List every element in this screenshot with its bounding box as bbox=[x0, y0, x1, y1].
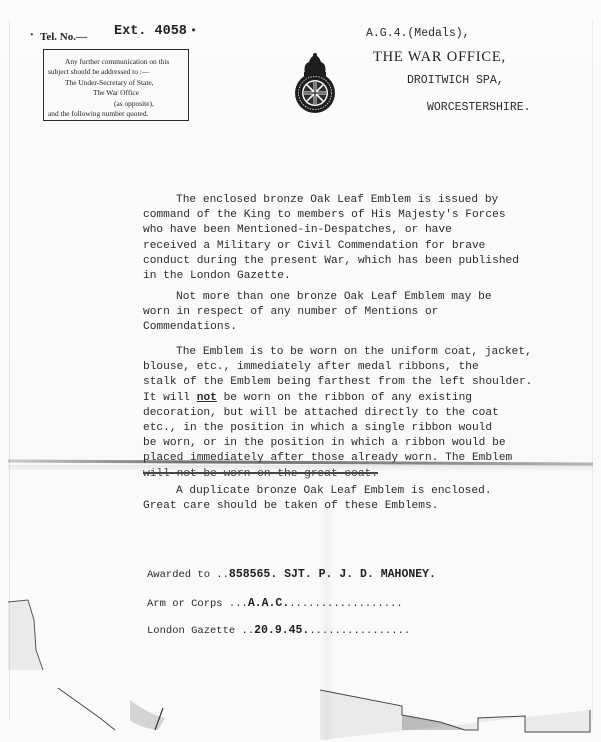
text-line: The Emblem is to be worn on the uniform … bbox=[143, 345, 583, 360]
text-line: Not more than one bronze Oak Leaf Emblem… bbox=[143, 290, 583, 305]
notice-line: Any further communication on this bbox=[48, 57, 185, 67]
awarded-to-field: Awarded to ..858565. SJT. P. J. D. MAHON… bbox=[147, 568, 436, 581]
text-line: Commendations. bbox=[143, 320, 583, 335]
office-county: WORCESTERSHIRE. bbox=[427, 101, 531, 114]
text-line: stalk of the Emblem being farthest from … bbox=[143, 375, 583, 390]
text-line: worn in respect of any number of Mention… bbox=[143, 305, 583, 320]
office-name: THE WAR OFFICE, bbox=[373, 49, 506, 66]
crown-badge-icon bbox=[291, 52, 339, 116]
text-line: decoration, but will be attached directl… bbox=[143, 406, 583, 421]
paragraph-issue: The enclosed bronze Oak Leaf Emblem is i… bbox=[143, 193, 583, 284]
department-reference: A.G.4.(Medals), bbox=[366, 27, 470, 40]
text-line: blouse, etc., immediately after medal ri… bbox=[143, 360, 583, 375]
text-line: The enclosed bronze Oak Leaf Emblem is i… bbox=[143, 193, 583, 208]
awarded-to-value: 858565. SJT. P. J. D. MAHONEY. bbox=[229, 568, 436, 581]
text-line: It will not be worn on the ribbon of any… bbox=[143, 391, 583, 406]
emphasis-not: not bbox=[197, 392, 217, 404]
text-line: in the London Gazette. bbox=[143, 269, 583, 284]
text-line: A duplicate bronze Oak Leaf Emblem is en… bbox=[143, 484, 583, 499]
text-line: who have been Mentioned-in-Despatches, o… bbox=[143, 223, 583, 238]
margin-dot: • bbox=[30, 30, 34, 41]
notice-line: The Under-Secretary of State, bbox=[48, 78, 185, 88]
fold-shadow bbox=[8, 465, 593, 471]
text-line: command of the King to members of His Ma… bbox=[143, 208, 583, 223]
text-line: etc., in the position in which a single … bbox=[143, 421, 583, 436]
text-line: conduct during the present War, which ha… bbox=[143, 254, 583, 269]
margin-dot: • bbox=[190, 24, 197, 38]
text-line: received a Military or Civil Commendatio… bbox=[143, 239, 583, 254]
text-line: Great care should be taken of these Embl… bbox=[143, 499, 583, 514]
notice-line: and the following number quoted. bbox=[48, 109, 185, 119]
paragraph-limit: Not more than one bronze Oak Leaf Emblem… bbox=[143, 290, 583, 336]
tel-label: Tel. No.— bbox=[40, 31, 87, 43]
paragraph-duplicate: A duplicate bronze Oak Leaf Emblem is en… bbox=[143, 484, 583, 514]
notice-line: (as opposite), bbox=[48, 99, 185, 109]
text-line: be worn, or in the position in which a r… bbox=[143, 436, 583, 451]
extension-number: Ext. 4058 bbox=[114, 24, 187, 39]
notice-line: subject should be addressed to :— bbox=[48, 67, 185, 77]
office-town: DROITWICH SPA, bbox=[407, 74, 504, 87]
document-page: • Tel. No.— Ext. 4058 • Any further comm… bbox=[0, 0, 601, 742]
awarded-to-label: Awarded to .. bbox=[147, 569, 229, 581]
text-fragment: It will bbox=[143, 392, 197, 404]
text-fragment: be worn on the ribbon of any existing bbox=[217, 392, 472, 404]
torn-paper-edge bbox=[0, 590, 601, 742]
communication-notice-box: Any further communication on this subjec… bbox=[43, 49, 189, 121]
notice-line: The War Office bbox=[48, 88, 185, 98]
